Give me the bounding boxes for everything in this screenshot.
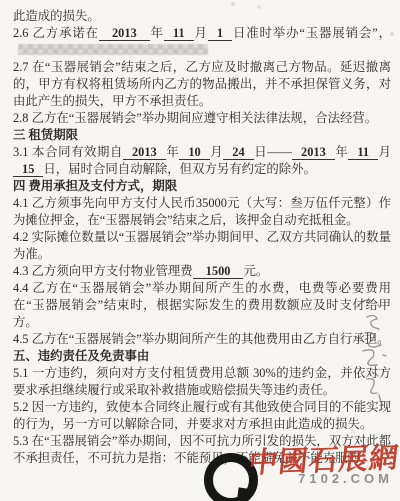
text-run: 4.5 乙方在“玉器展销会”举办期间所产生的其他费用由乙方自行承担。 [13,332,390,346]
text-run: 年 [150,26,164,40]
clause-4-2: 4.2 实际摊位数量以“玉器展销会”举办期间甲、乙双方共同确认的数量为准。 [13,229,391,263]
handwritten-annotation [345,293,400,407]
filled-blank-value: 1500 [193,264,244,279]
text-run: 5.2 因一方违约，致使本合同终止履行或有其他致使合同目的不能实现的行为，另一方… [13,400,391,431]
text-run: 5.1 一方违约，须向对方支付租赁费用总额 30%的违约金，并依对方要求承担继续… [13,366,391,397]
text-run: 35000 [196,196,227,210]
text-run: 4.1 乙方须事先向甲方支付人民币 [13,196,196,210]
clause-4-4: 4.4 乙方在“玉器展销会”举办期间所产生的水费，电费等必要费用在“玉器展销会”… [13,280,391,331]
text-run: 月 [378,145,391,159]
clause-4-1: 4.1 乙方须事先向甲方支付人民币35000元（大写：叁万伍仟元整）作为摊位押金… [13,195,391,229]
clause-5-2: 5.2 因一方违约，致使本合同终止履行或有其他致使合同目的不能实现的行为，另一方… [13,399,391,433]
watermark-site-url: 7102.COM [298,471,393,486]
text-run: 4.4 乙方在“玉器展销会”举办期间所产生的水费，电费等必要费用在“玉器展销会”… [13,281,391,329]
scan-noise [0,0,2,2]
text-run: 此造成的损失。 [13,9,100,23]
text-run: 2.8 乙方在“玉器展销会”举办期间应遵守相关法律法规，合法经营。 [13,111,377,125]
filled-blank-value: 11 [348,145,378,160]
filled-blank-value: 2013 [99,26,150,41]
text-run: 5.3 在“玉器展销会”举办期间，因不可抗力所引发的损失，双方对此都不承担责任，… [13,434,391,465]
text-run: 月 [210,145,224,159]
text-run: 2.7 在“玉器展销会”结束之后，乙方应及时撤离己方物品。延迟撤离的，甲方有权将… [13,60,391,108]
filled-blank-value: 10 [179,145,209,160]
filled-blank-value: 11 [164,26,194,41]
text-run: 月 [194,26,208,40]
text-run: 日—— [254,145,292,159]
clause-continuation: 此造成的损失。 [13,8,391,25]
text-run: 3.1 本合同有效期自 [13,145,123,159]
filled-blank-value: 2013 [292,145,335,160]
clause-3-1: 3.1 本合同有效期自2013年10月24日——2013年11月15日，届时合同… [13,144,391,178]
text-run: 4.3 乙方须向甲方支付物业管理费 [13,264,193,278]
filled-blank-value: 1 [208,26,232,41]
clause-4-5: 4.5 乙方在“玉器展销会”举办期间所产生的其他费用由乙方自行承担。 [13,331,391,348]
clause-2-8: 2.8 乙方在“玉器展销会”举办期间应遵守相关法律法规，合法经营。 [13,110,391,127]
text-run: 日准时举办“玉器展销会”， [232,26,391,40]
text-run: 年 [335,145,349,159]
censored-region [18,44,208,55]
document-body: 此造成的损失。2.6 乙方承诺在2013年11月1日准时举办“玉器展销会”，2.… [13,8,391,467]
clause-2-7: 2.7 在“玉器展销会”结束之后，乙方应及时撤离己方物品。延迟撤离的，甲方有权将… [13,59,391,110]
text-run: 元。 [243,264,268,278]
filled-blank-value: 24 [223,145,253,160]
clause-4-3: 4.3 乙方须向甲方支付物业管理费1500元。 [13,263,391,280]
section-5-heading: 五、违约责任及免责事由 [13,348,391,365]
clause-2-6: 2.6 乙方承诺在2013年11月1日准时举办“玉器展销会”， [13,25,391,59]
text-run: 日，届时合同自动解除，但双方另有约定的除外。 [43,162,316,176]
filled-blank-value: 2013 [123,145,166,160]
text-run: 三 租赁期限 [13,128,78,142]
text-run: 四 费用承担及支付方式，期限 [13,179,177,193]
text-run: 五、违约责任及免责事由 [13,349,149,363]
clause-5-3: 5.3 在“玉器展销会”举办期间，因不可抗力所引发的损失，双方对此都不承担责任，… [13,433,391,467]
text-run: 4.2 实际摊位数量以“玉器展销会”举办期间甲、乙双方共同确认的数量为准。 [13,230,391,261]
text-run: 2.6 乙方承诺在 [13,26,99,40]
clause-5-1: 5.1 一方违约，须向对方支付租赁费用总额 30%的违约金，并依对方要求承担继续… [13,365,391,399]
scanned-contract-page: { "page": { "background": "#f6f5f2", "te… [0,0,400,501]
section-4-heading: 四 费用承担及支付方式，期限 [13,178,391,195]
text-run: 年 [166,145,180,159]
section-3-heading: 三 租赁期限 [13,127,391,144]
filled-blank-value: 15 [13,162,43,177]
